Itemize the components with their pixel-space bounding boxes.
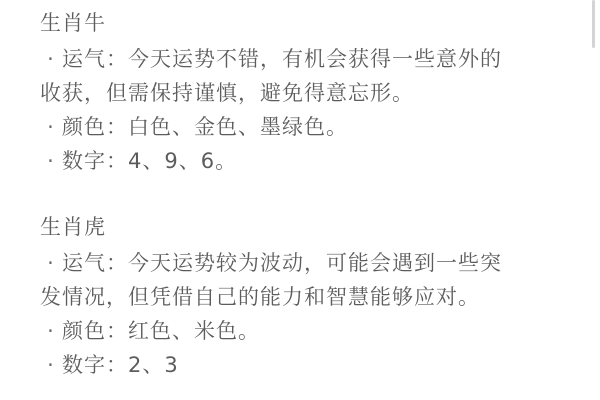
number-item: ·数字2、3 [40,348,580,382]
color-item: ·颜色红色、米色。 [40,314,580,348]
item-text: 4、9、6。 [128,149,237,173]
item-label: 颜色 [62,115,128,139]
item-label: 运气 [62,251,128,275]
bullet-icon: · [40,42,62,76]
number-item: ·数字4、9、6。 [40,144,580,178]
bullet-icon: · [40,246,62,280]
article-content: 生肖牛 ·运气今天运势不错，有机会获得一些意外的 收获，但需保持谨慎，避免得意忘… [40,0,580,382]
luck-item: ·运气今天运势较为波动，可能会遇到一些突 [40,246,580,280]
item-label: 运气 [62,47,128,71]
bullet-icon: · [40,144,62,178]
bullet-icon: · [40,314,62,348]
item-label: 数字 [62,149,128,173]
bullet-icon: · [40,348,62,382]
section-title: 生肖虎 [40,212,580,242]
zodiac-tiger-section: 生肖虎 ·运气今天运势较为波动，可能会遇到一些突 发情况，但凭借自己的能力和智慧… [40,212,580,382]
zodiac-ox-section: 生肖牛 ·运气今天运势不错，有机会获得一些意外的 收获，但需保持谨慎，避免得意忘… [40,8,580,178]
item-text: 今天运势较为波动，可能会遇到一些突 [128,251,502,275]
luck-item-continuation: 发情况，但凭借自己的能力和智慧能够应对。 [40,280,580,314]
vertical-scrollbar[interactable] [592,0,595,48]
bullet-icon: · [40,110,62,144]
item-text: 红色、米色。 [128,319,260,343]
section-title: 生肖牛 [40,8,580,38]
luck-item: ·运气今天运势不错，有机会获得一些意外的 [40,42,580,76]
item-text: 今天运势不错，有机会获得一些意外的 [128,47,502,71]
color-item: ·颜色白色、金色、墨绿色。 [40,110,580,144]
item-label: 数字 [62,353,128,377]
luck-item-continuation: 收获，但需保持谨慎，避免得意忘形。 [40,76,580,110]
item-label: 颜色 [62,319,128,343]
item-text: 白色、金色、墨绿色。 [128,115,348,139]
item-text: 2、3 [128,353,179,377]
